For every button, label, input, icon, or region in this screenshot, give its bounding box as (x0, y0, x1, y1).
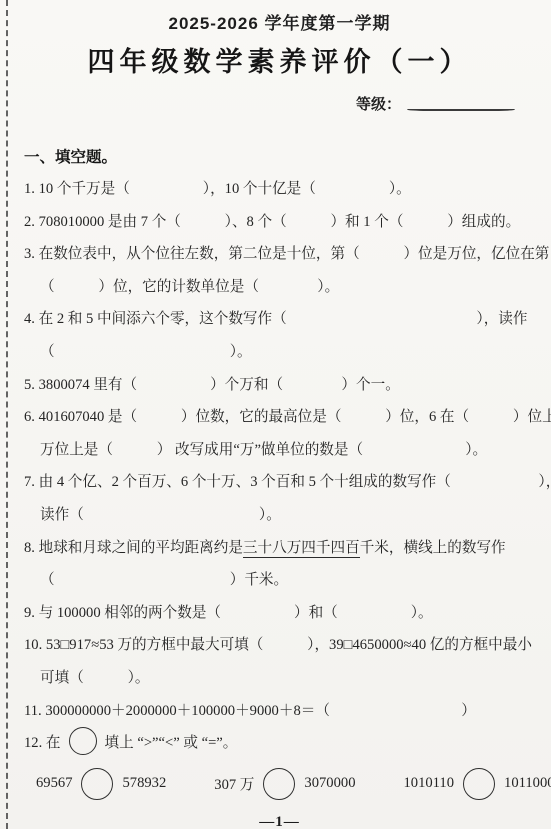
page-content: 2025-2026 学年度第一学期 四年级数学素养评价（一） 等级： 一、填空题… (24, 0, 535, 829)
grade-label: 等级： (356, 97, 401, 113)
perforation-dashed-line (6, 0, 8, 829)
question-4-line-2: （ ）。 (24, 336, 535, 369)
page-number: —1— (24, 814, 535, 829)
question-8-prefix: 8. 地球和月球之间的平均距离约是 (24, 540, 243, 556)
comparison-item-2: 307 万 3070000 (214, 768, 355, 800)
comparison-left-number: 69567 (36, 775, 72, 792)
grade-blank-line (407, 108, 515, 111)
comparison-left-number: 1010110 (403, 775, 454, 792)
comparison-right-number: 3070000 (304, 775, 355, 792)
question-4-line-1: 4. 在 2 和 5 中间添六个零，这个数写作（ ），读作 (24, 303, 535, 336)
answer-circle (69, 727, 97, 755)
question-5: 5. 3800074 里有（ ）个万和（ ）个一。 (24, 369, 535, 402)
question-12: 12. 在填上 “>”“<” 或 “=”。 (24, 727, 535, 760)
comparison-row: 69567 578932 307 万 3070000 1010110 10110… (24, 768, 535, 800)
question-11: 11. 300000000＋2000000＋100000＋9000＋8＝（ ） (24, 695, 535, 728)
question-2: 2. 708010000 是由 7 个（ ）、8 个（ ）和 1 个（ ）组成的… (24, 206, 535, 239)
question-10-line-2: 可填（ ）。 (24, 662, 535, 695)
comparison-right-number: 1011000 (504, 775, 551, 792)
answer-circle (263, 768, 295, 800)
question-6-line-1: 6. 401607040 是（ ）位数，它的最高位是（ ）位，6 在（ ）位上， (24, 401, 535, 434)
comparison-left-number: 307 万 (214, 773, 254, 794)
question-8-underlined-number: 三十八万四千四百 (243, 540, 360, 558)
page-title: 四年级数学素养评价（一） (24, 40, 535, 79)
question-10-line-1: 10. 53□917≈53 万的方框中最大可填（ ），39□4650000≈40… (24, 629, 535, 662)
question-3-line-1: 3. 在数位表中，从个位往左数，第二位是十位，第（ ）位是万位，亿位在第 (24, 238, 535, 271)
question-7-line-1: 7. 由 4 个亿、2 个百万、6 个十万、3 个百和 5 个十组成的数写作（ … (24, 466, 535, 499)
question-12-prefix: 12. 在 (24, 735, 61, 751)
answer-circle (463, 768, 495, 800)
question-9: 9. 与 100000 相邻的两个数是（ ）和（ ）。 (24, 597, 535, 630)
comparison-right-number: 578932 (122, 775, 166, 792)
question-8-line-2: （ ）千米。 (24, 564, 535, 597)
question-6-line-2: 万位上是（ ） 改写成用“万”做单位的数是（ ）。 (24, 434, 535, 467)
question-1: 1. 10 个千万是（ ），10 个十亿是（ ）。 (24, 173, 535, 206)
question-3-line-2: （ ）位，它的计数单位是（ ）。 (24, 271, 535, 304)
term-heading: 2025-2026 学年度第一学期 (24, 9, 535, 34)
question-8-line-1: 8. 地球和月球之间的平均距离约是三十八万四千四百千米，横线上的数写作 (24, 532, 535, 565)
comparison-item-3: 1010110 1011000 (403, 768, 551, 800)
question-12-suffix: 填上 “>”“<” 或 “=”。 (105, 735, 238, 751)
comparison-item-1: 69567 578932 (36, 768, 166, 800)
grade-row: 等级： (24, 93, 535, 117)
question-8-suffix: 千米，横线上的数写作 (360, 540, 506, 556)
exam-page: 2025-2026 学年度第一学期 四年级数学素养评价（一） 等级： 一、填空题… (0, 0, 551, 829)
question-7-line-2: 读作（ ）。 (24, 499, 535, 532)
section-heading: 一、填空题。 (24, 143, 535, 173)
answer-circle (81, 768, 113, 800)
